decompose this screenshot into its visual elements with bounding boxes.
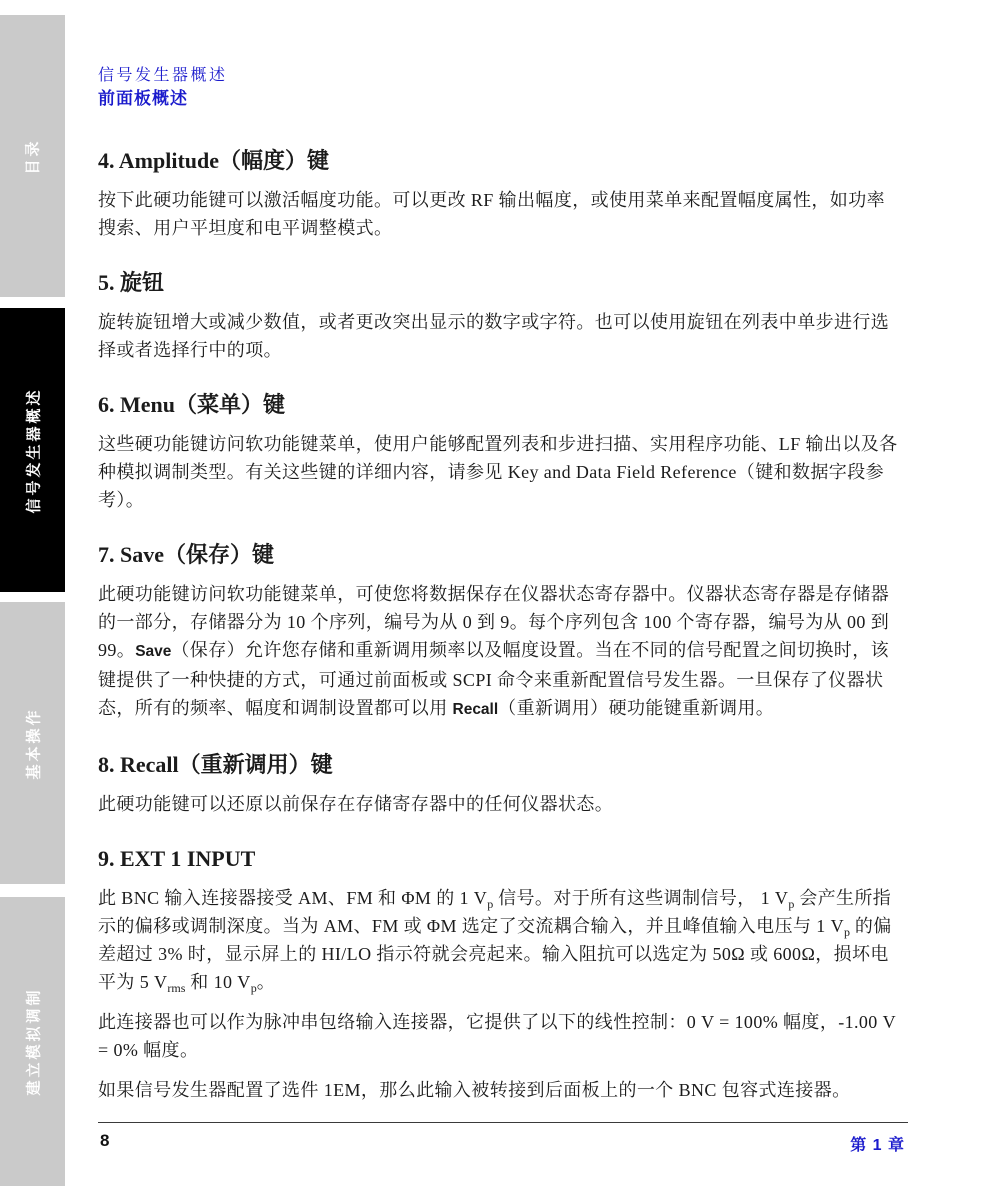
breadcrumb: 信号发生器概述 前面板概述 [98, 65, 898, 110]
paragraph: 按下此硬功能键可以激活幅度功能。可以更改 RF 输出幅度，或使用菜单来配置幅度属… [98, 186, 898, 242]
paragraph: 这些硬功能键访问软功能键菜单，使用户能够配置列表和步进扫描、实用程序功能、LF … [98, 430, 898, 514]
sidebar-tabs: 目录信号发生器概述基本操作建立模拟调制 [0, 0, 65, 1200]
paragraph: 此硬功能键访问软功能键菜单，可使您将数据保存在仪器状态寄存器中。仪器状态寄存器是… [98, 580, 898, 724]
paragraph: 如果信号发生器配置了选件 1EM，那么此输入被转接到后面板上的一个 BNC 包容… [98, 1076, 898, 1104]
section-recall-key: 8. Recall（重新调用）键此硬功能键可以还原以前保存在存储寄存器中的任何仪… [98, 752, 898, 818]
section-heading: 7. Save（保存）键 [98, 542, 898, 568]
text-run: 和 10 V [185, 972, 250, 992]
text-run: 按下此硬功能键可以激活幅度功能。可以更改 RF 输出幅度，或使用菜单来配置幅度属… [98, 190, 885, 238]
sidebar-tab-4[interactable]: 建立模拟调制 [0, 897, 65, 1186]
footer-page-number: 8 [100, 1131, 109, 1151]
text-run: 此 BNC 输入连接器接受 AM、FM 和 ΦM 的 1 V [98, 888, 487, 908]
sections: 4. Amplitude（幅度）键按下此硬功能键可以激活幅度功能。可以更改 RF… [98, 148, 898, 1104]
paragraph: 此硬功能键可以还原以前保存在存储寄存器中的任何仪器状态。 [98, 790, 898, 818]
section-heading: 8. Recall（重新调用）键 [98, 752, 898, 778]
text-run: 此连接器也可以作为脉冲串包络输入连接器，它提供了以下的线性控制：0 V = 10… [98, 1012, 896, 1060]
footer-chapter-link[interactable]: 第 1 章 [850, 1132, 905, 1155]
sidebar-tab-2[interactable]: 信号发生器概述 [0, 308, 65, 592]
subscript: rms [167, 981, 185, 995]
text-run: 信号。对于所有这些调制信号， 1 V [493, 888, 788, 908]
text-run: 此硬功能键可以还原以前保存在存储寄存器中的任何仪器状态。 [98, 794, 613, 814]
section-knob: 5. 旋钮旋转旋钮增大或减少数值，或者更改突出显示的数字或字符。也可以使用旋钮在… [98, 270, 898, 364]
page-content: 信号发生器概述 前面板概述 4. Amplitude（幅度）键按下此硬功能键可以… [98, 65, 898, 1116]
sidebar-tab-label: 建立模拟调制 [22, 987, 43, 1095]
text-run: 这些硬功能键访问软功能键菜单，使用户能够配置列表和步进扫描、实用程序功能、LF … [98, 434, 898, 510]
sidebar-tab-label: 信号发生器概述 [22, 387, 43, 513]
section-save-key: 7. Save（保存）键此硬功能键访问软功能键菜单，可使您将数据保存在仪器状态寄… [98, 542, 898, 724]
sidebar-tab-3[interactable]: 基本操作 [0, 602, 65, 884]
text-run: 。 [257, 972, 275, 992]
section-menu-keys: 6. Menu（菜单）键这些硬功能键访问软功能键菜单，使用户能够配置列表和步进扫… [98, 392, 898, 514]
paragraph: 此连接器也可以作为脉冲串包络输入连接器，它提供了以下的线性控制：0 V = 10… [98, 1008, 898, 1064]
breadcrumb-link-front-panel[interactable]: 前面板概述 [98, 87, 898, 110]
hardkey-name: Save [135, 643, 171, 660]
sidebar-tab-1[interactable]: 目录 [0, 15, 65, 297]
section-heading: 5. 旋钮 [98, 270, 898, 296]
hardkey-name: Recall [453, 701, 499, 718]
sidebar-tab-label: 基本操作 [22, 707, 43, 779]
text-run: 旋转旋钮增大或减少数值，或者更改突出显示的数字或字符。也可以使用旋钮在列表中单步… [98, 312, 889, 360]
text-run: 如果信号发生器配置了选件 1EM，那么此输入被转接到后面板上的一个 BNC 包容… [98, 1080, 851, 1100]
section-ext1-input: 9. EXT 1 INPUT此 BNC 输入连接器接受 AM、FM 和 ΦM 的… [98, 846, 898, 1104]
section-heading: 6. Menu（菜单）键 [98, 392, 898, 418]
section-heading: 9. EXT 1 INPUT [98, 846, 898, 872]
paragraph: 此 BNC 输入连接器接受 AM、FM 和 ΦM 的 1 Vp 信号。对于所有这… [98, 884, 898, 996]
sidebar-tab-label: 目录 [22, 138, 43, 174]
breadcrumb-link-overview[interactable]: 信号发生器概述 [98, 65, 228, 87]
paragraph: 旋转旋钮增大或减少数值，或者更改突出显示的数字或字符。也可以使用旋钮在列表中单步… [98, 308, 898, 364]
text-run: （重新调用）硬功能键重新调用。 [498, 698, 774, 718]
section-amplitude-key: 4. Amplitude（幅度）键按下此硬功能键可以激活幅度功能。可以更改 RF… [98, 148, 898, 242]
section-heading: 4. Amplitude（幅度）键 [98, 148, 898, 174]
footer-divider [98, 1122, 908, 1123]
